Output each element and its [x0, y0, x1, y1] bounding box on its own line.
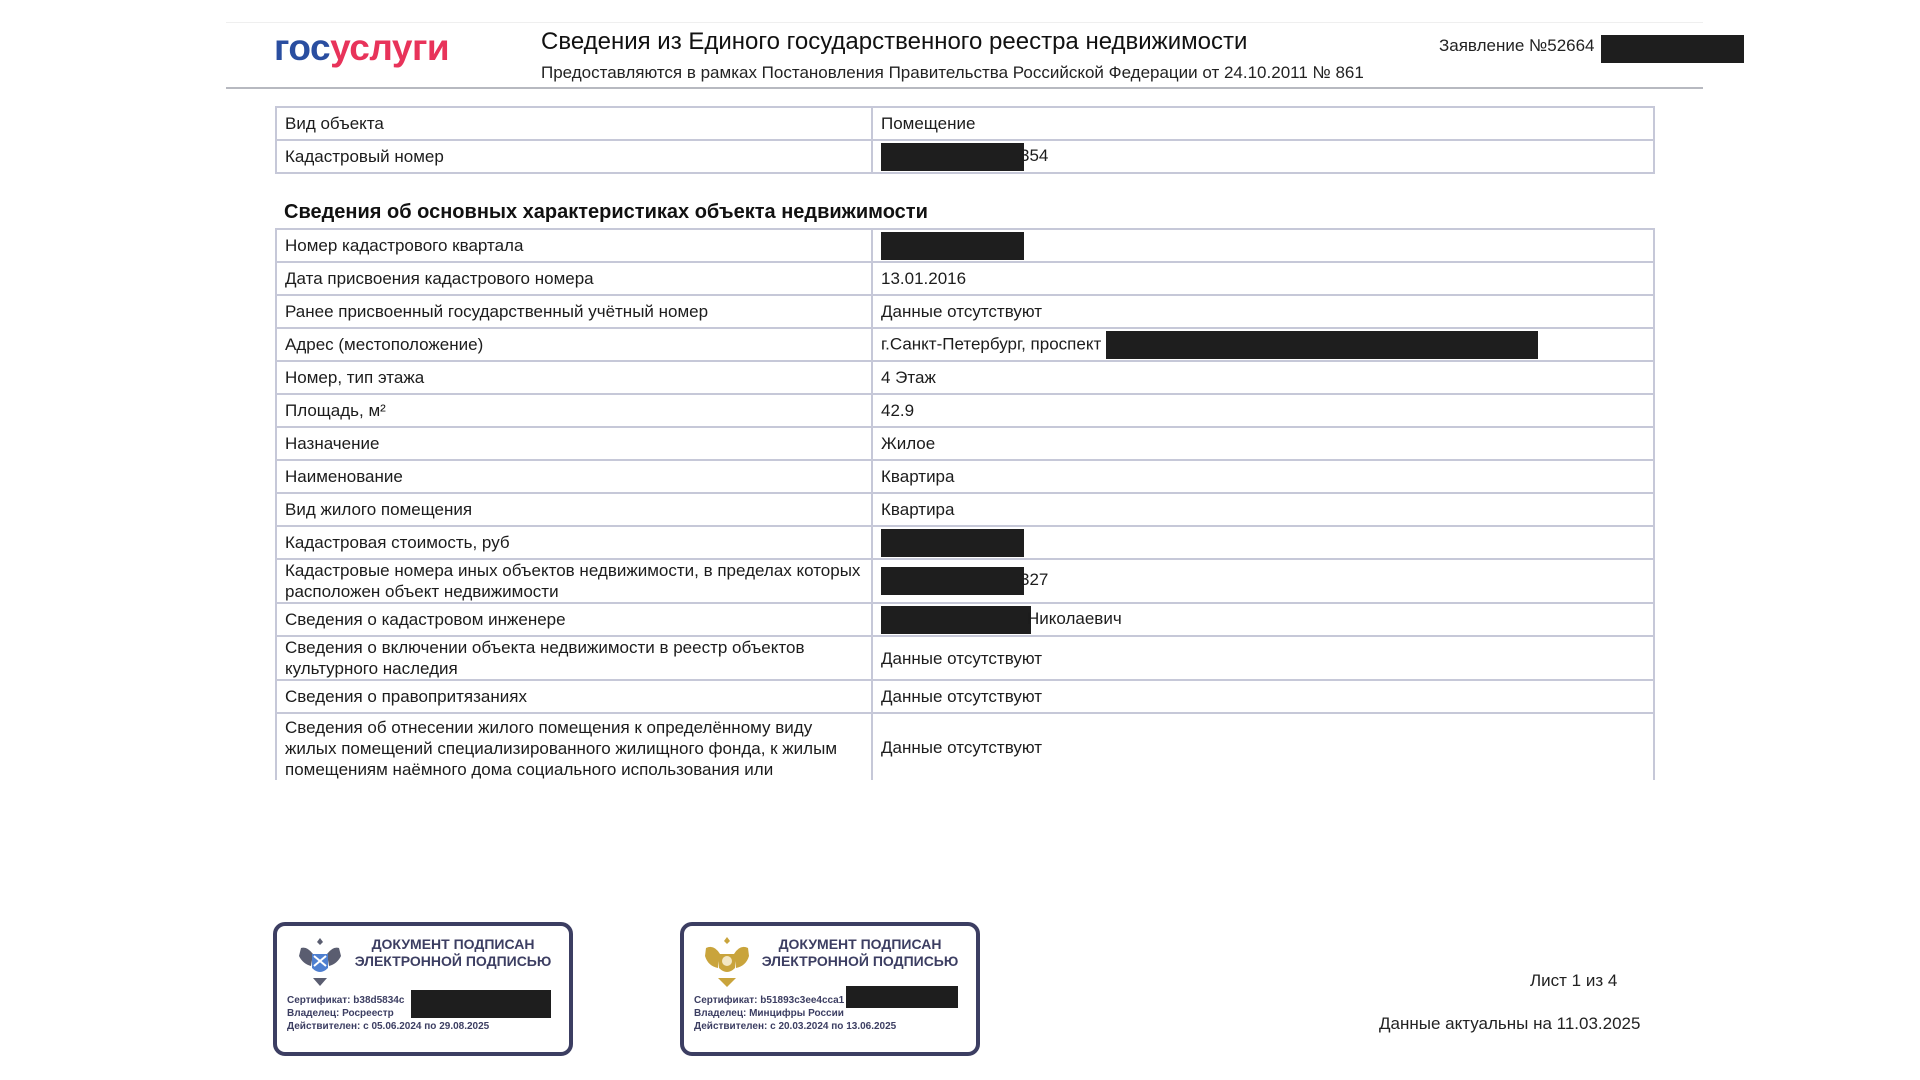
page-number: Лист 1 из 4	[1530, 971, 1617, 991]
stamp-title: ДОКУМЕНТ ПОДПИСАН ЭЛЕКТРОННОЙ ПОДПИСЬЮ	[353, 936, 553, 970]
row-label: Площадь, м²	[276, 394, 872, 427]
table-row: Дата присвоения кадастрового номера 13.0…	[276, 262, 1654, 295]
row-value: г.Санкт-Петербург, проспект	[872, 328, 1654, 361]
document-title: Сведения из Единого государственного рее…	[541, 27, 1247, 57]
row-value: 42.9	[872, 394, 1654, 427]
header-divider	[226, 87, 1703, 89]
stamp-valid: Действителен: с 05.06.2024 по 29.08.2025	[287, 1020, 489, 1033]
redaction-block	[1601, 35, 1744, 63]
document-subtitle: Предоставляются в рамках Постановления П…	[541, 62, 1364, 84]
signature-stamp-mintsifry: ДОКУМЕНТ ПОДПИСАН ЭЛЕКТРОННОЙ ПОДПИСЬЮ С…	[680, 922, 980, 1056]
table-row: Сведения о кадастровом инженере Николаев…	[276, 603, 1654, 636]
application-number: Заявление №52664	[1439, 35, 1595, 57]
row-label: Кадастровая стоимость, руб	[276, 526, 872, 559]
table-row: Ранее присвоенный государственный учётны…	[276, 295, 1654, 328]
row-value: Данные отсутствуют	[872, 680, 1654, 713]
row-value: Данные отсутствуют	[872, 295, 1654, 328]
characteristics-table: Номер кадастрового квартала Дата присвое…	[275, 228, 1655, 780]
redaction-block	[411, 990, 551, 1018]
row-value: Помещение	[872, 107, 1654, 140]
page-cut-off	[260, 806, 1680, 866]
header-top-divider	[226, 22, 1703, 23]
table-row: Кадастровые номера иных объектов недвижи…	[276, 559, 1654, 603]
row-value: 13.01.2016	[872, 262, 1654, 295]
table-row: Наименование Квартира	[276, 460, 1654, 493]
table-row: Назначение Жилое	[276, 427, 1654, 460]
row-label: Номер, тип этажа	[276, 361, 872, 394]
row-label: Вид жилого помещения	[276, 493, 872, 526]
section-title: Сведения об основных характеристиках объ…	[284, 199, 928, 225]
row-value: Квартира	[872, 493, 1654, 526]
row-label: Назначение	[276, 427, 872, 460]
gosuslugi-logo[interactable]: госуслуги	[274, 28, 449, 68]
row-value: Данные отсутствуют	[872, 636, 1654, 680]
row-label: Сведения об отнесении жилого помещения к…	[276, 713, 872, 780]
row-label: Сведения о кадастровом инженере	[276, 603, 872, 636]
row-value: 354	[872, 140, 1654, 173]
row-label: Наименование	[276, 460, 872, 493]
rosreestr-eagle-icon	[293, 934, 347, 990]
table-row: Номер кадастрового квартала	[276, 229, 1654, 262]
redaction-block	[846, 986, 958, 1008]
row-value: 4 Этаж	[872, 361, 1654, 394]
object-table: Вид объекта Помещение Кадастровый номер …	[275, 106, 1655, 174]
table-row: Сведения о правопритязаниях Данные отсут…	[276, 680, 1654, 713]
stamp-valid: Действителен: с 20.03.2024 по 13.06.2025	[694, 1020, 896, 1033]
signature-stamp-rosreestr: ДОКУМЕНТ ПОДПИСАН ЭЛЕКТРОННОЙ ПОДПИСЬЮ С…	[273, 922, 573, 1056]
row-label: Адрес (местоположение)	[276, 328, 872, 361]
russia-coat-of-arms-icon	[700, 934, 754, 990]
redaction-block	[881, 567, 1024, 595]
row-value: Николаевич	[872, 603, 1654, 636]
row-label: Номер кадастрового квартала	[276, 229, 872, 262]
row-label: Кадастровый номер	[276, 140, 872, 173]
redaction-block	[881, 143, 1024, 171]
row-value: Квартира	[872, 460, 1654, 493]
row-value: Жилое	[872, 427, 1654, 460]
table-row: Вид объекта Помещение	[276, 107, 1654, 140]
table-row: Сведения о включении объекта недвижимост…	[276, 636, 1654, 680]
redaction-block	[881, 606, 1031, 634]
row-label: Сведения о правопритязаниях	[276, 680, 872, 713]
row-label: Кадастровые номера иных объектов недвижи…	[276, 559, 872, 603]
row-label: Ранее присвоенный государственный учётны…	[276, 295, 872, 328]
redaction-block	[881, 232, 1024, 260]
redaction-block	[1106, 331, 1538, 359]
table-row: Вид жилого помещения Квартира	[276, 493, 1654, 526]
stamp-title: ДОКУМЕНТ ПОДПИСАН ЭЛЕКТРОННОЙ ПОДПИСЬЮ	[760, 936, 960, 970]
table-row: Площадь, м² 42.9	[276, 394, 1654, 427]
row-label: Дата присвоения кадастрового номера	[276, 262, 872, 295]
table-row: Кадастровый номер 354	[276, 140, 1654, 173]
redaction-block	[881, 529, 1024, 557]
data-actual-date: Данные актуальны на 11.03.2025	[1379, 1014, 1640, 1034]
row-value: 327	[872, 559, 1654, 603]
row-label: Вид объекта	[276, 107, 872, 140]
row-value	[872, 229, 1654, 262]
table-row: Номер, тип этажа 4 Этаж	[276, 361, 1654, 394]
table-row: Кадастровая стоимость, руб	[276, 526, 1654, 559]
row-label: Сведения о включении объекта недвижимост…	[276, 636, 872, 680]
table-row: Сведения об отнесении жилого помещения к…	[276, 713, 1654, 780]
row-value: Данные отсутствуют	[872, 713, 1654, 780]
row-value	[872, 526, 1654, 559]
table-row: Адрес (местоположение) г.Санкт-Петербург…	[276, 328, 1654, 361]
stamp-owner: Владелец: Минцифры России	[694, 1007, 896, 1020]
